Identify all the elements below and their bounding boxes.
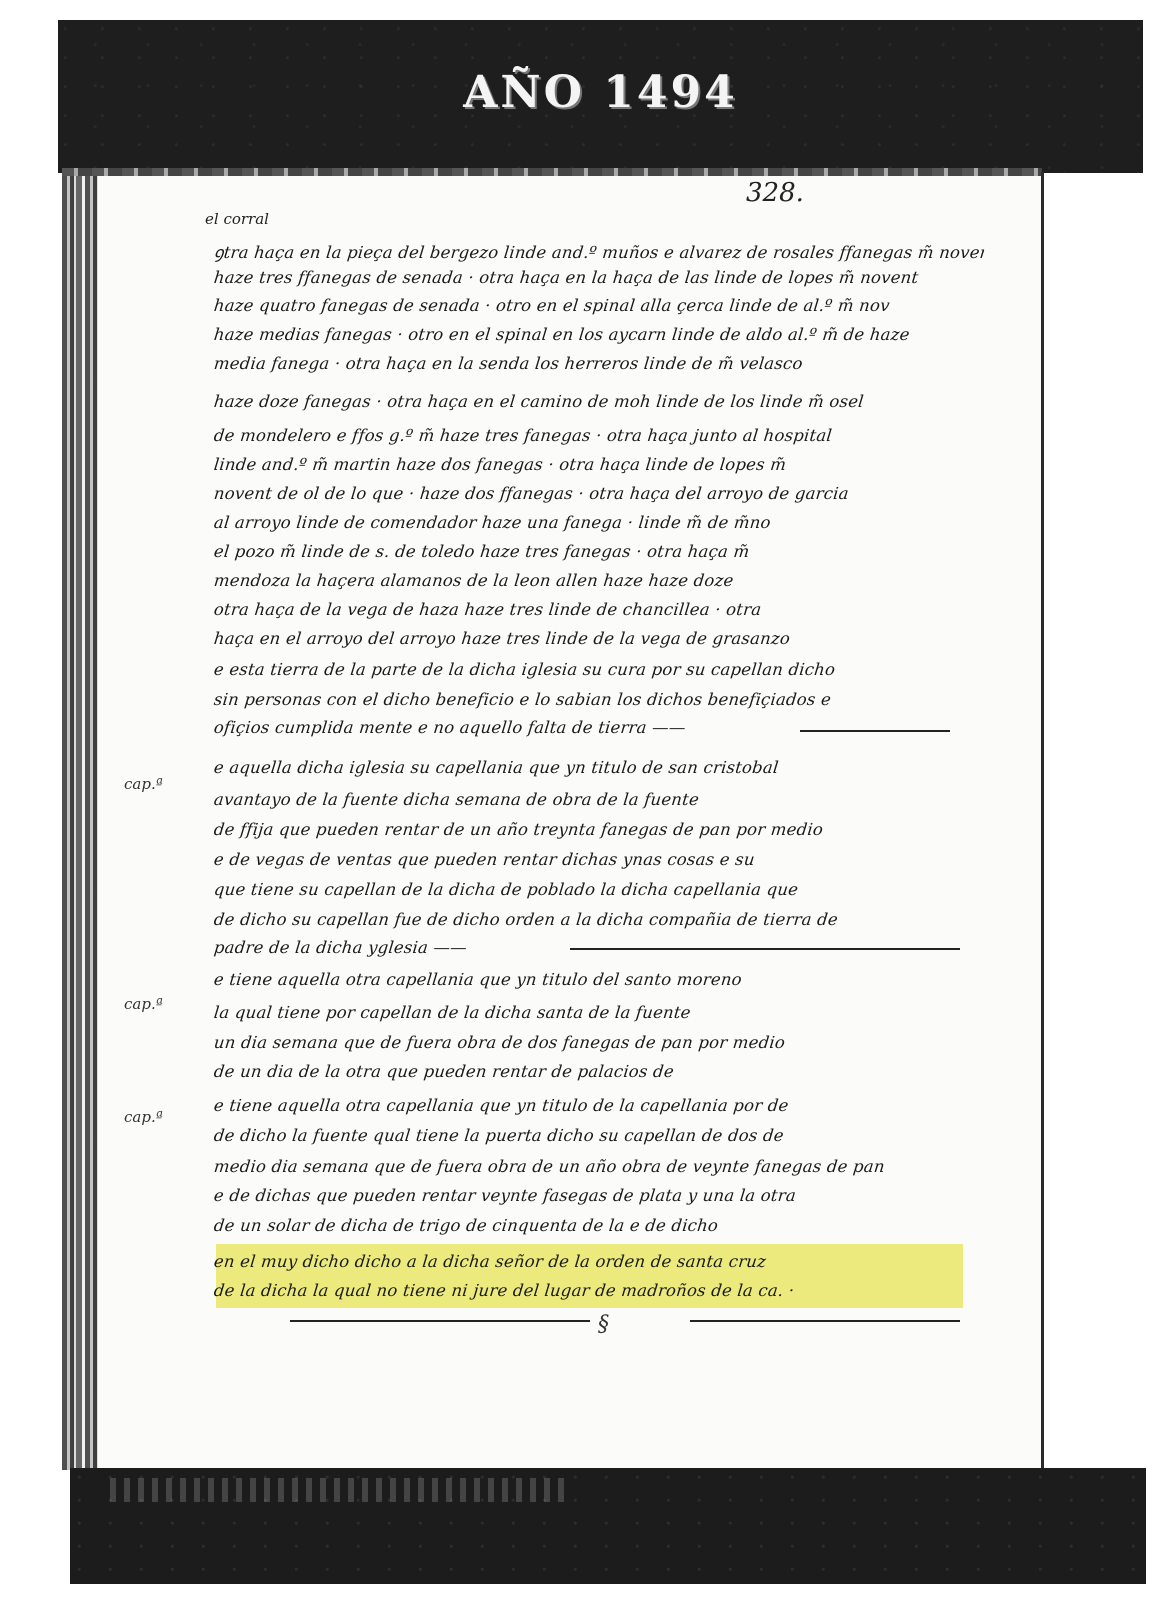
manuscript-line: avantayo de la fuente dicha semana de ob… [213,790,985,809]
manuscript-line: que tiene su capellan de la dicha de pob… [213,880,985,899]
manuscript-line: un dia semana que de fuera obra de dos f… [213,1033,985,1052]
manuscript-line: e tiene aquella otra capellania que yn t… [213,970,985,989]
notary-rubric-icon: § [598,1312,609,1337]
margin-note-chapter: cap.ª [124,775,163,793]
manuscript-line: e de dichas que pueden rentar veynte fas… [213,1186,985,1205]
line-filler-flourish [690,1320,960,1322]
manuscript-line: haze tres ffanegas de senada · otra haça… [213,268,985,287]
line-filler-flourish [570,948,960,950]
manuscript-line: ofiçios cumplida mente e no aquello falt… [213,718,985,737]
manuscript-line: novent de ol de lo que · haze dos ffaneg… [213,484,985,503]
line-filler-flourish [290,1320,590,1322]
margin-note-chapter: cap.ª [124,1108,163,1126]
manuscript-line: de dicho su capellan fue de dicho orden … [213,910,985,929]
manuscript-line-highlighted: en el muy dicho dicho a la dicha señor d… [213,1252,985,1271]
manuscript-line: otra haça de la vega de haza haze tres l… [213,600,985,619]
page-right-edge [1041,172,1044,1468]
manuscript-line: medio dia semana que de fuera obra de un… [213,1157,985,1176]
manuscript-line: e de vegas de ventas que pueden rentar d… [213,850,985,869]
line-filler-flourish [800,730,950,732]
manuscript-line: sin personas con el dicho beneficio e lo… [213,690,985,709]
manuscript-line: de ffija que pueden rentar de un año tre… [213,820,985,839]
folio-number: 328. [746,178,804,208]
manuscript-line: e aquella dicha iglesia su capellania qu… [213,758,985,777]
manuscript-line: ꝯtra haça en la pieça del bergezo linde … [213,240,985,263]
manuscript-line: de un solar de dicha de trigo de cinquen… [213,1216,985,1235]
manuscript-line: de dicho la fuente qual tiene la puerta … [213,1126,985,1145]
manuscript-line: de un dia de la otra que pueden rentar d… [213,1062,985,1081]
manuscript-line: media fanega · otra haça en la senda los… [213,354,985,373]
margin-note-chapter: cap.ª [124,995,163,1013]
manuscript-line: haze medias fanegas · otro en el spinal … [213,325,985,344]
manuscript-line: el pozo m̃ linde de s. de toledo haze tr… [213,542,985,561]
manuscript-line: haze quatro fanegas de senada · otro en … [213,296,985,315]
manuscript-line: e tiene aquella otra capellania que yn t… [213,1096,985,1115]
page-title: AÑO 1494 [58,67,1143,118]
manuscript-line: mendoza la haçera alamanos de la leon al… [213,571,985,590]
manuscript-line: haze doze fanegas · otra haça en el cami… [213,392,985,411]
manuscript-line: linde and.º m̃ martin haze dos fanegas ·… [213,455,985,474]
manuscript-line: de mondelero e ffos g.º m̃ haze tres fan… [213,426,985,445]
footer-banner [70,1468,1146,1584]
book-edge-streak [110,1478,570,1502]
manuscript-line: la qual tiene por capellan de la dicha s… [213,1003,985,1022]
title-banner: AÑO 1494 [58,20,1143,173]
manuscript-line: al arroyo linde de comendador haze una f… [213,513,985,532]
margin-heading: el corral [205,210,269,228]
manuscript-line-highlighted: de la dicha la qual no tiene ni jure del… [213,1281,985,1300]
page-top-edge [62,168,1042,176]
manuscript-line: e esta tierra de la parte de la dicha ig… [213,660,985,679]
manuscript-line: haça en el arroyo del arroyo haze tres l… [213,629,985,648]
